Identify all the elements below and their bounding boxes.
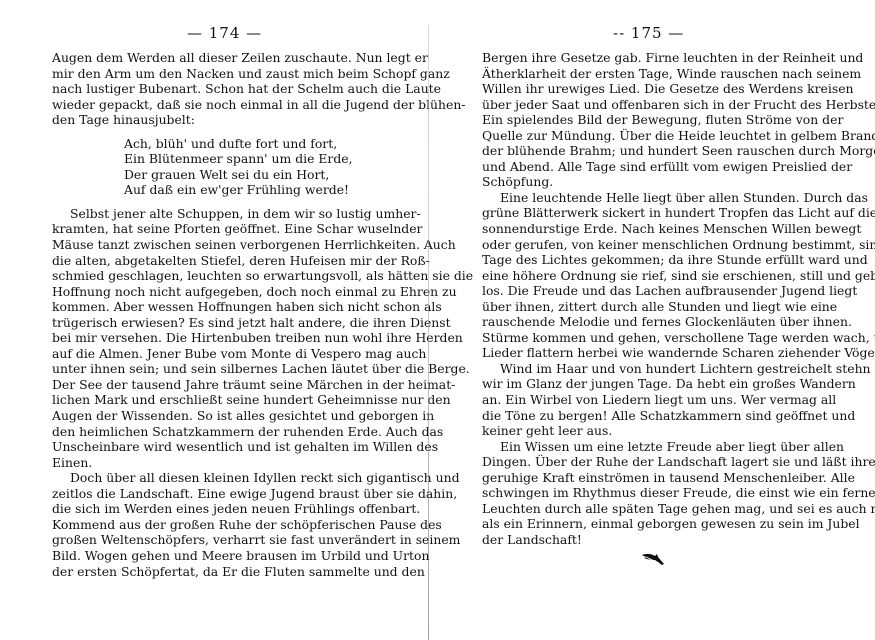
verse-line: Ein Blütenmeer spann' um die Erde, [52,151,388,167]
text-line: über ihnen, zittert durch alle Stunden u… [482,299,818,315]
right-page: -- 175 — Bergen ihre Gesetze gab. Firne … [430,0,875,640]
text-line: die Töne zu bergen! Alle Schatzkammern s… [482,408,818,424]
text-line: den Tage hinausjubelt: [52,112,388,128]
text-line: Quelle zur Mündung. Über die Heide leuch… [482,128,818,144]
left-page-body: Augen dem Werden all dieser Zeilen zusch… [52,50,388,579]
text-line: der Landschaft! [482,532,818,548]
text-line: unter ihnen sein; und sein silbernes Lac… [52,361,388,377]
text-line: Mäuse tanzt zwischen seinen verborgenen … [52,237,388,253]
text-line: Schöpfung. [482,174,818,190]
right-page-body: Bergen ihre Gesetze gab. Firne leuchten … [482,50,818,548]
book-gutter-divider [428,25,429,640]
text-line: grüne Blätterwerk sickert in hundert Tro… [482,205,818,221]
text-line: Augen dem Werden all dieser Zeilen zusch… [52,50,388,66]
text-line: Willen ihr urewiges Lied. Die Gesetze de… [482,81,818,97]
text-line: die alten, abgetakelten Stiefel, deren H… [52,253,388,269]
text-line: sonnendurstige Erde. Nach keines Mensche… [482,221,818,237]
verse-line: Auf daß ein ew'ger Frühling werde! [52,182,388,198]
text-line: keiner geht leer aus. [482,423,818,439]
text-line: Leuchten durch alle späten Tage gehen ma… [482,501,818,517]
text-line: Wind im Haar und von hundert Lichtern ge… [482,361,818,377]
text-line: rauschende Melodie und fernes Glockenläu… [482,314,818,330]
verse-line: Der grauen Welt sei du ein Hort, [52,167,388,183]
text-line: schwingen im Rhythmus dieser Freude, die… [482,485,818,501]
text-line: zeitlos die Landschaft. Eine ewige Jugen… [52,486,388,502]
text-line: lichen Mark und erschließt seine hundert… [52,392,388,408]
text-line: kramten, hat seine Pforten geöffnet. Ein… [52,221,388,237]
text-line: eine höhere Ordnung sie rief, sind sie e… [482,268,818,284]
text-line: der ersten Schöpfertat, da Er die Fluten… [52,564,388,580]
text-line: Stürme kommen und gehen, verschollene Ta… [482,330,818,346]
text-line: nach lustiger Bubenart. Schon hat der Sc… [52,81,388,97]
text-line: Der See der tausend Jahre träumt seine M… [52,377,388,393]
text-line: der blühende Brahm; und hundert Seen rau… [482,143,818,159]
text-line: an. Ein Wirbel von Liedern liegt um uns.… [482,392,818,408]
page-number-175: -- 175 — [613,24,684,42]
text-line: großen Weltenschöpfers, verharrt sie fas… [52,532,388,548]
text-line: Eine leuchtende Helle liegt über allen S… [482,190,818,206]
text-line: Augen der Wissenden. So ist alles gesich… [52,408,388,424]
text-line: Bergen ihre Gesetze gab. Firne leuchten … [482,50,818,66]
text-line: auf die Almen. Jener Bube vom Monte di V… [52,346,388,362]
text-line: Bild. Wogen gehen und Meere brausen im U… [52,548,388,564]
text-line: Kommend aus der großen Ruhe der schöpfer… [52,517,388,533]
text-line: den heimlichen Schatzkammern der ruhende… [52,424,388,440]
text-line: Doch über all diesen kleinen Idyllen rec… [52,470,388,486]
text-line: Hoffnung noch nicht aufgegeben, doch noc… [52,284,388,300]
text-line: Ätherklarheit der ersten Tage, Winde rau… [482,66,818,82]
verse-stanza: Ach, blüh' und dufte fort und fort, Ein … [52,128,388,206]
text-line: und Abend. Alle Tage sind erfüllt vom ew… [482,159,818,175]
text-line: wieder gepackt, daß sie noch einmal in a… [52,97,388,113]
text-line: mir den Arm um den Nacken und zaust mich… [52,66,388,82]
text-line: Einen. [52,455,388,471]
text-line: trügerisch erwiesen? Es sind jetzt halt … [52,315,388,331]
text-line: als ein Erinnern, einmal geborgen gewese… [482,516,818,532]
text-line: Unscheinbare wird wesentlich und ist geh… [52,439,388,455]
text-line: kommen. Aber wessen Hoffnungen haben sic… [52,299,388,315]
text-line: Ein spielendes Bild der Bewegung, fluten… [482,112,818,128]
text-line: geruhige Kraft einströmen in tausend Men… [482,470,818,486]
text-line: über jeder Saat und offenbaren sich in d… [482,97,818,113]
text-line: Selbst jener alte Schuppen, in dem wir s… [52,206,388,222]
text-line: Tage des Lichtes gekommen; da ihre Stund… [482,252,818,268]
text-line: Dingen. Über der Ruhe der Landschaft lag… [482,454,818,470]
feather-quill-ornament-icon [641,553,665,567]
text-line: bei mir versehen. Die Hirtenbuben treibe… [52,330,388,346]
text-line: wir im Glanz der jungen Tage. Da hebt ei… [482,376,818,392]
verse-line: Ach, blüh' und dufte fort und fort, [52,136,388,152]
text-line: die sich im Werden eines jeden neuen Frü… [52,501,388,517]
left-page: — 174 — Augen dem Werden all dieser Zeil… [0,0,425,640]
text-line: Lieder flattern herbei wie wandernde Sch… [482,345,818,361]
text-line: Ein Wissen um eine letzte Freude aber li… [482,439,818,455]
text-line: oder gerufen, von keiner menschlichen Or… [482,237,818,253]
text-line: los. Die Freude und das Lachen aufbrause… [482,283,818,299]
page-number-174: — 174 — [187,24,262,42]
text-line: schmied geschlagen, leuchten so erwartun… [52,268,388,284]
